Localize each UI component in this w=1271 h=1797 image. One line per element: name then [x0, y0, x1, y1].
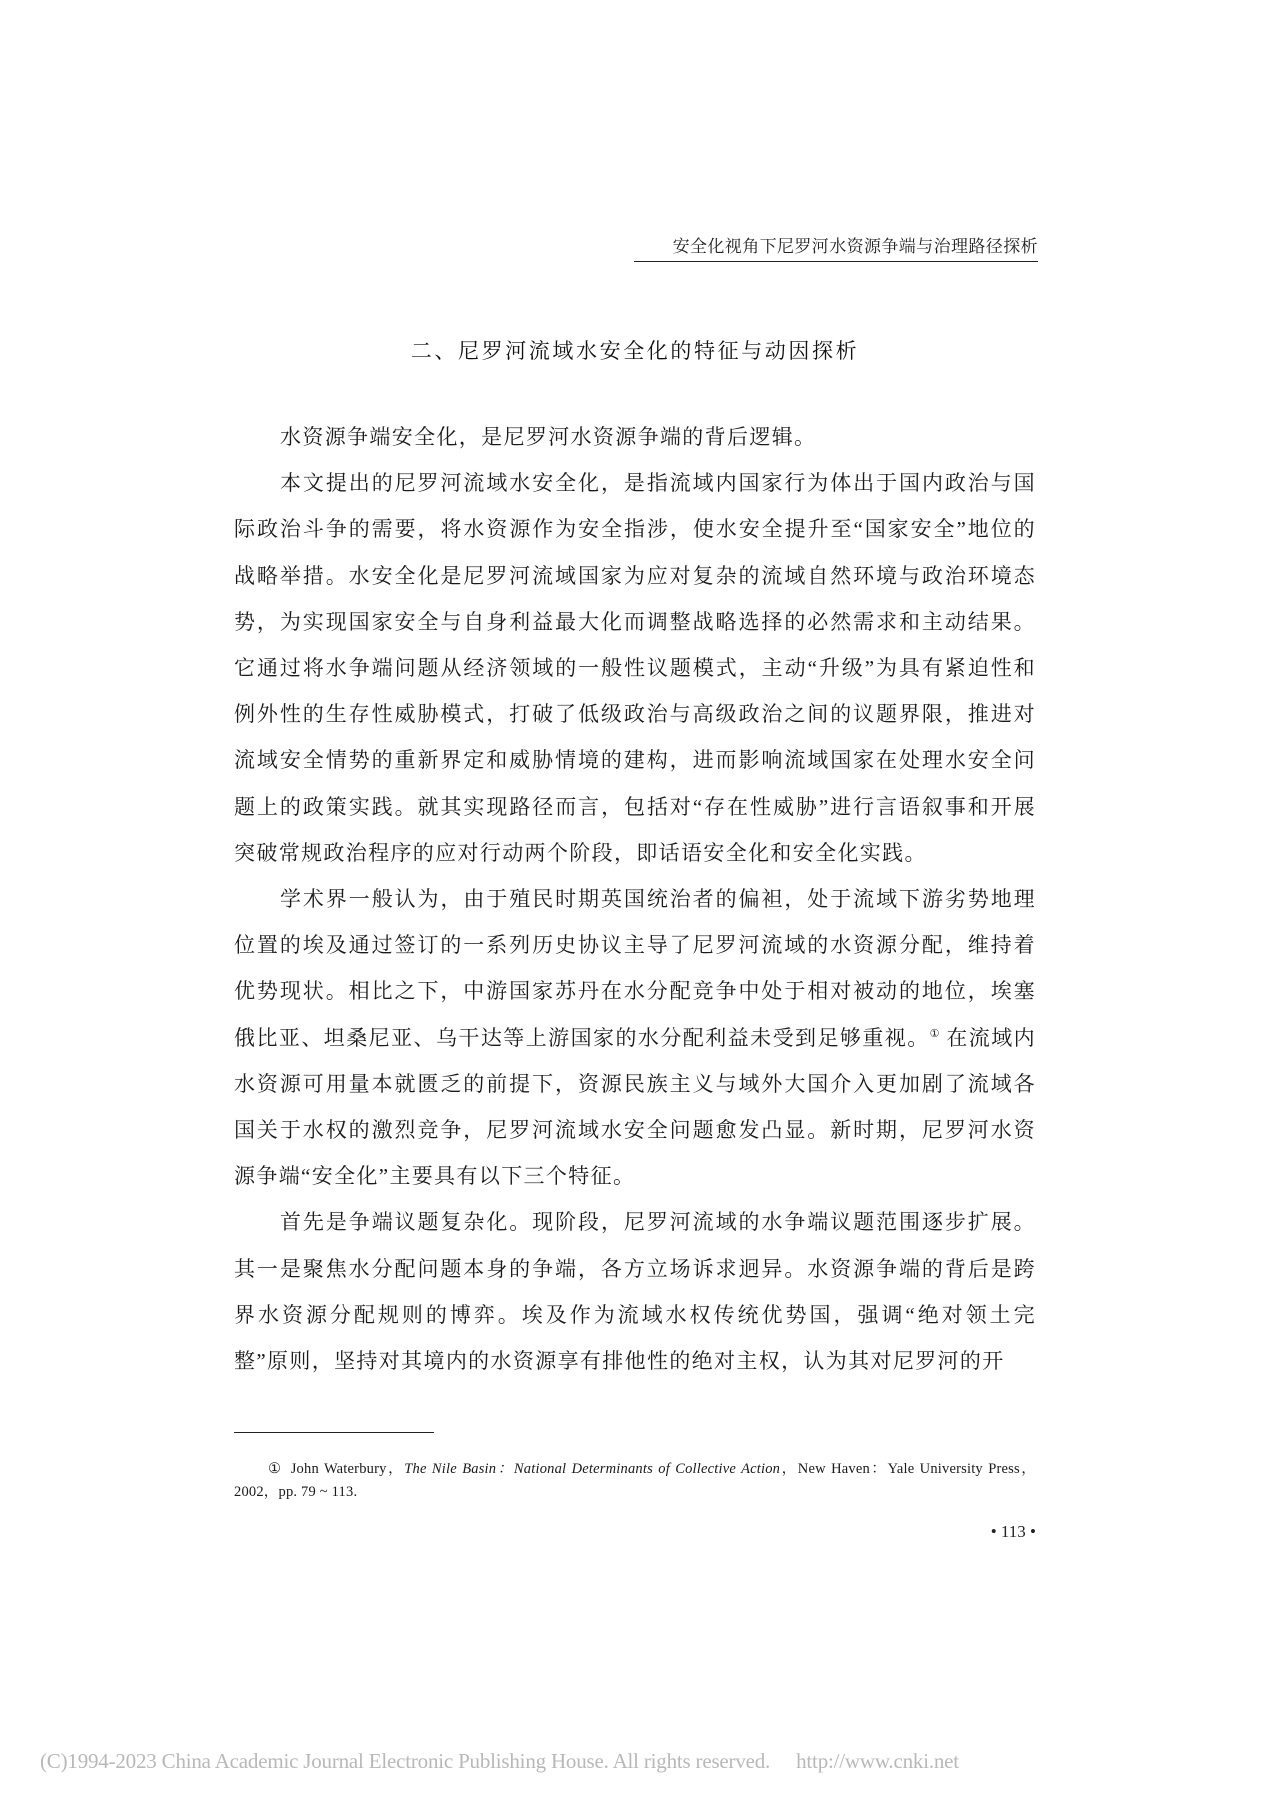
cnki-link[interactable]: http://www.cnki.net	[796, 1749, 959, 1773]
copyright-watermark: (C)1994-2023 China Academic Journal Elec…	[40, 1748, 959, 1774]
paragraph-3: 学术界一般认为，由于殖民时期英国统治者的偏袒，处于流域下游劣势地理位置的埃及通过…	[234, 876, 1036, 1199]
section-title: 二、尼罗河流域水安全化的特征与动因探析	[234, 337, 1036, 365]
paragraph-4: 首先是争端议题复杂化。现阶段，尼罗河流域的水争端议题范围逐步扩展。其一是聚焦水分…	[234, 1199, 1036, 1384]
page-number: • 113 •	[970, 1521, 1036, 1543]
footnote-marker: ①	[268, 1461, 283, 1477]
footnote-author: John Waterbury，	[291, 1461, 405, 1477]
paragraph-3-text-before: 学术界一般认为，由于殖民时期英国统治者的偏袒，处于流域下游劣势地理位置的埃及通过…	[234, 887, 1036, 1050]
copyright-text: (C)1994-2023 China Academic Journal Elec…	[40, 1749, 770, 1773]
paragraph-3-text-after: 在流域内水资源可用量本就匮乏的前提下，资源民族主义与域外大国介入更加剧了流域各国…	[234, 1026, 1036, 1189]
running-header: 安全化视角下尼罗河水资源争端与治理路径探析	[634, 236, 1038, 262]
footnote-reference[interactable]: ①	[930, 1028, 940, 1040]
footnote: ①John Waterbury，The Nile Basin：National …	[234, 1458, 1036, 1504]
paragraph-2: 本文提出的尼罗河流域水安全化，是指流域内国家行为体出于国内政治与国际政治斗争的需…	[234, 460, 1036, 876]
paragraph-1: 水资源争端安全化，是尼罗河水资源争端的背后逻辑。	[234, 414, 1036, 460]
footnote-divider	[234, 1432, 434, 1433]
body-text: 水资源争端安全化，是尼罗河水资源争端的背后逻辑。 本文提出的尼罗河流域水安全化，…	[234, 414, 1036, 1384]
footnote-book-title: The Nile Basin：National Determinants of …	[404, 1461, 780, 1477]
